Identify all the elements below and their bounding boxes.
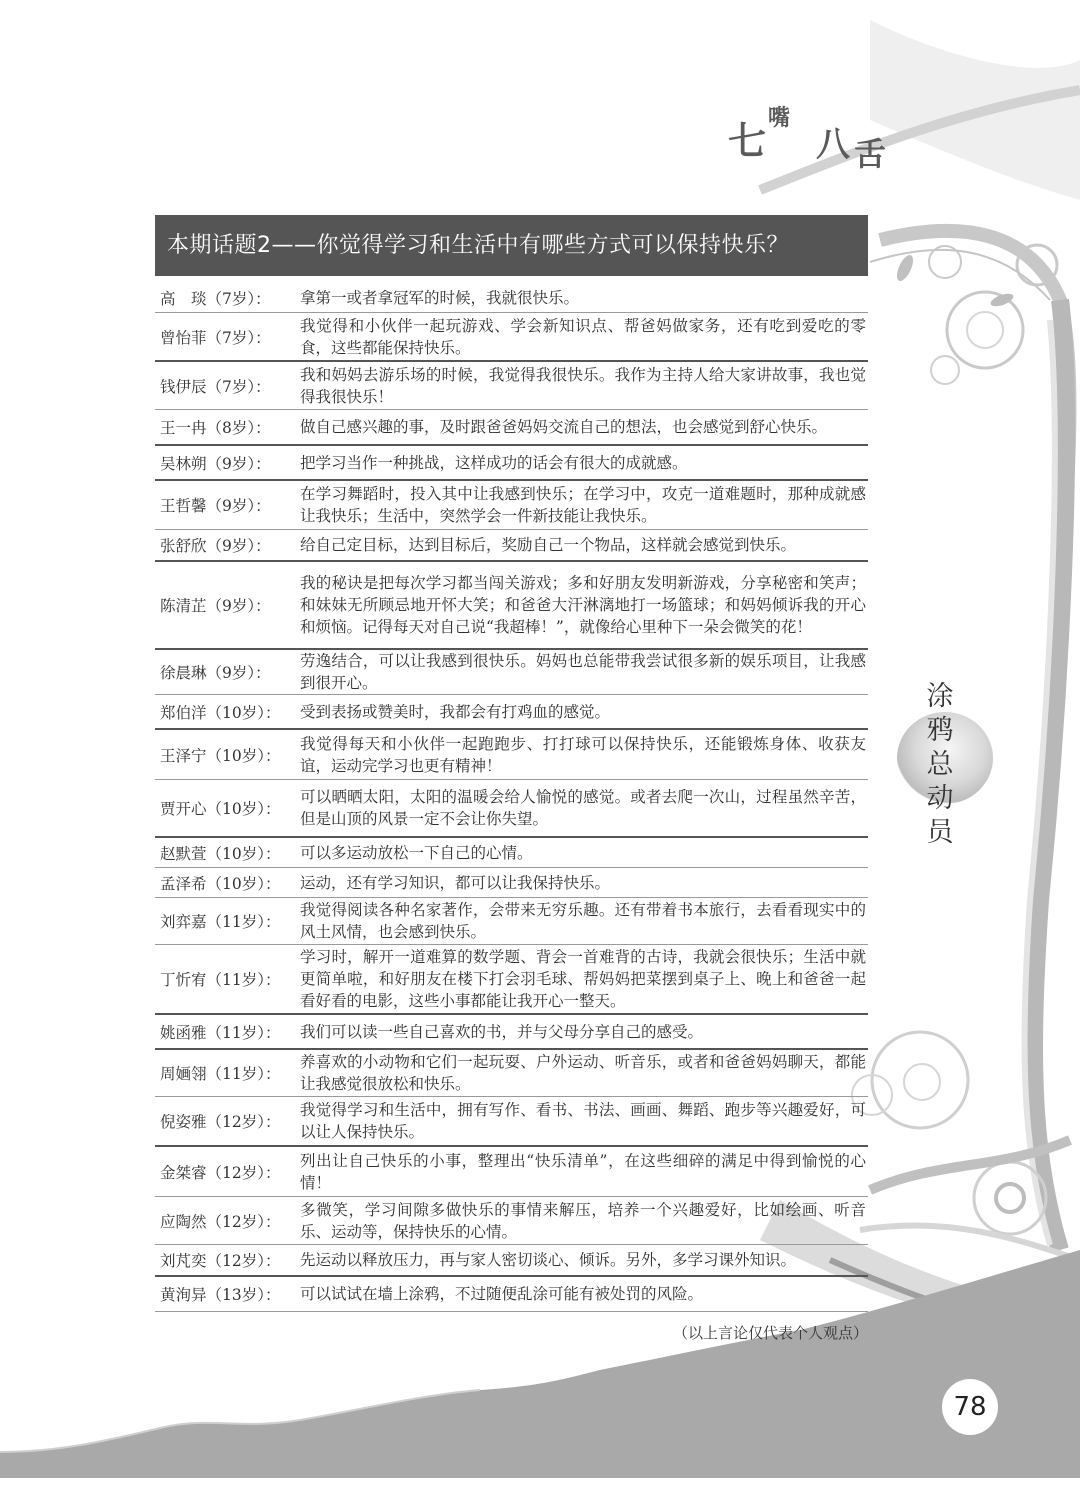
responses-table: 高 琰（7岁）： 拿第一或者拿冠军的时候，我就很快乐。 曾怡菲（7岁）： 我觉得… [155, 283, 868, 1312]
respondent-name: 黄洵异（13岁）： [155, 1283, 300, 1305]
side-title-char: 总 [920, 748, 960, 782]
respondent-name: 周婳翎（11岁）： [155, 1062, 300, 1084]
response-text: 把学习当作一种挑战，这样成功的话会有很大的成就感。 [300, 452, 868, 474]
respondent-name: 钱伊辰（7岁）： [155, 375, 300, 397]
response-row: 姚函雅（11岁）： 我们可以读一些自己喜欢的书，并与父母分享自己的感受。 [155, 1015, 868, 1050]
respondent-name: 刘芃奕（12岁）： [155, 1249, 300, 1271]
topic-heading: 本期话题2——你觉得学习和生活中有哪些方式可以保持快乐？ [155, 215, 868, 276]
response-text: 可以多运动放松一下自己的心情。 [300, 842, 868, 864]
response-text: 拿第一或者拿冠军的时候，我就很快乐。 [300, 287, 868, 309]
response-row: 钱伊辰（7岁）： 我和妈妈去游乐场的时候，我觉得我很快乐。我作为主持人给大家讲故… [155, 362, 868, 410]
response-row: 孟泽希（10岁）： 运动，还有学习知识，都可以让我保持快乐。 [155, 868, 868, 898]
response-row: 金桀睿（12岁）： 列出让自己快乐的小事，整理出“快乐清单”，在这些细碎的满足中… [155, 1147, 868, 1197]
response-text: 养喜欢的小动物和它们一起玩耍、户外运动、听音乐，或者和爸爸妈妈聊天，都能让我感觉… [300, 1051, 868, 1095]
respondent-name: 应陶然（12岁）： [155, 1210, 300, 1232]
response-text: 我觉得和小伙伴一起玩游戏、学会新知识点、帮爸妈做家务，还有吃到爱吃的零食，这些都… [300, 315, 868, 359]
respondent-name: 贾开心（10岁）： [155, 797, 300, 819]
response-row: 王哲馨（9岁）： 在学习舞蹈时，投入其中让我感到快乐；在学习中，攻克一道难题时，… [155, 481, 868, 530]
response-row: 高 琰（7岁）： 拿第一或者拿冠军的时候，我就很快乐。 [155, 283, 868, 313]
respondent-name: 王哲馨（9岁）： [155, 494, 300, 516]
respondent-name: 徐晨琳（9岁）： [155, 661, 300, 683]
response-text: 在学习舞蹈时，投入其中让我感到快乐；在学习中，攻克一道难题时，那种成就感让我快乐… [300, 483, 868, 527]
response-text: 运动，还有学习知识，都可以让我保持快乐。 [300, 872, 868, 894]
response-text: 我觉得阅读各种名家著作，会带来无穷乐趣。还有带着书本旅行，去看看现实中的风土风情… [300, 899, 868, 943]
respondent-name: 曾怡菲（7岁）： [155, 326, 300, 348]
response-row: 吴林朔（9岁）： 把学习当作一种挑战，这样成功的话会有很大的成就感。 [155, 446, 868, 481]
response-text: 我们可以读一些自己喜欢的书，并与父母分享自己的感受。 [300, 1021, 868, 1043]
response-text: 可以晒晒太阳，太阳的温暖会给人愉悦的感觉。或者去爬一次山，过程虽然辛苦，但是山顶… [300, 786, 868, 830]
respondent-name: 丁忻宥（11岁）： [155, 968, 300, 990]
response-row: 丁忻宥（11岁）： 学习时，解开一道难算的数学题、背会一首难背的古诗，我就会很快… [155, 945, 868, 1015]
respondent-name: 高 琰（7岁）： [155, 287, 300, 309]
respondent-name: 张舒欣（9岁）： [155, 534, 300, 556]
respondent-name: 倪姿雅（12岁）： [155, 1110, 300, 1132]
respondent-name: 郑伯洋（10岁）： [155, 701, 300, 723]
response-row: 赵默萱（10岁）： 可以多运动放松一下自己的心情。 [155, 838, 868, 868]
response-text: 多微笑，学习间隙多做快乐的事情来解压，培养一个兴趣爱好，比如绘画、听音乐、运动等… [300, 1199, 868, 1243]
response-row: 王一冉（8岁）： 做自己感兴趣的事，及时跟爸爸妈妈交流自己的想法，也会感觉到舒心… [155, 410, 868, 446]
response-row: 曾怡菲（7岁）： 我觉得和小伙伴一起玩游戏、学会新知识点、帮爸妈做家务，还有吃到… [155, 313, 868, 362]
response-row: 周婳翎（11岁）： 养喜欢的小动物和它们一起玩耍、户外运动、听音乐，或者和爸爸妈… [155, 1050, 868, 1097]
column-title-char: 七 [728, 122, 766, 160]
response-text: 学习时，解开一道难算的数学题、背会一首难背的古诗，我就会很快乐；生活中就更简单啦… [300, 946, 868, 1012]
response-row: 郑伯洋（10岁）： 受到表扬或赞美时，我都会有打鸡血的感觉。 [155, 695, 868, 730]
side-title-char: 鸦 [920, 714, 960, 748]
response-text: 先运动以释放压力，再与家人密切谈心、倾诉。另外，多学习课外知识。 [300, 1249, 868, 1271]
response-text: 我觉得每天和小伙伴一起跑跑步、打打球可以保持快乐，还能锻炼身体、收获友谊，运动完… [300, 733, 868, 777]
column-title-char: 嘴 [768, 108, 790, 130]
response-text: 我的秘诀是把每次学习都当闯关游戏；多和好朋友发明新游戏，分享秘密和笑声；和妹妹无… [300, 572, 868, 638]
respondent-name: 王一冉（8岁）： [155, 416, 300, 438]
response-row: 倪姿雅（12岁）： 我觉得学习和生活中，拥有写作、看书、书法、画画、舞蹈、跑步等… [155, 1097, 868, 1147]
column-title-char: 舌 [854, 138, 886, 170]
response-row: 贾开心（10岁）： 可以晒晒太阳，太阳的温暖会给人愉悦的感觉。或者去爬一次山，过… [155, 780, 868, 838]
response-row: 刘芃奕（12岁）： 先运动以释放压力，再与家人密切谈心、倾诉。另外，多学习课外知… [155, 1245, 868, 1277]
response-text: 受到表扬或赞美时，我都会有打鸡血的感觉。 [300, 701, 868, 723]
response-text: 列出让自己快乐的小事，整理出“快乐清单”，在这些细碎的满足中得到愉悦的心情！ [300, 1150, 868, 1194]
response-text: 做自己感兴趣的事，及时跟爸爸妈妈交流自己的想法，也会感觉到舒心快乐。 [300, 416, 868, 438]
column-title: 七 嘴 八 舌 [728, 108, 898, 178]
side-title-char: 员 [920, 816, 960, 850]
response-row: 应陶然（12岁）： 多微笑，学习间隙多做快乐的事情来解压，培养一个兴趣爱好，比如… [155, 1197, 868, 1245]
disclaimer-note: （以上言论仅代表个人观点） [640, 1322, 868, 1343]
response-row: 王泽宁（10岁）： 我觉得每天和小伙伴一起跑跑步、打打球可以保持快乐，还能锻炼身… [155, 730, 868, 780]
respondent-name: 姚函雅（11岁）： [155, 1021, 300, 1043]
response-row: 陈清芷（9岁）： 我的秘诀是把每次学习都当闯关游戏；多和好朋友发明新游戏，分享秘… [155, 562, 868, 650]
response-text: 劳逸结合，可以让我感到很快乐。妈妈也总能带我尝试很多新的娱乐项目，让我感到很开心… [300, 650, 868, 694]
respondent-name: 王泽宁（10岁）： [155, 744, 300, 766]
respondent-name: 刘弈嘉（11岁）： [155, 910, 300, 932]
response-row: 徐晨琳（9岁）： 劳逸结合，可以让我感到很快乐。妈妈也总能带我尝试很多新的娱乐项… [155, 650, 868, 695]
response-row: 刘弈嘉（11岁）： 我觉得阅读各种名家著作，会带来无穷乐趣。还有带着书本旅行，去… [155, 898, 868, 945]
respondent-name: 陈清芷（9岁）： [155, 594, 300, 616]
response-row: 黄洵异（13岁）： 可以试试在墙上涂鸦，不过随便乱涂可能有被处罚的风险。 [155, 1277, 868, 1312]
response-text: 我和妈妈去游乐场的时候，我觉得我很快乐。我作为主持人给大家讲故事，我也觉得我很快… [300, 364, 868, 408]
response-row: 张舒欣（9岁）： 给自己定目标，达到目标后，奖励自己一个物品，这样就会感觉到快乐… [155, 530, 868, 562]
respondent-name: 赵默萱（10岁）： [155, 842, 300, 864]
respondent-name: 吴林朔（9岁）： [155, 452, 300, 474]
side-title-char: 涂 [920, 680, 960, 714]
column-title-char: 八 [816, 128, 850, 162]
response-text: 给自己定目标，达到目标后，奖励自己一个物品，这样就会感觉到快乐。 [300, 534, 868, 556]
respondent-name: 金桀睿（12岁）： [155, 1161, 300, 1183]
page-number: 78 [942, 1379, 998, 1435]
side-title-char: 动 [920, 782, 960, 816]
section-side-title: 涂 鸦 总 动 员 [920, 680, 960, 850]
respondent-name: 孟泽希（10岁）： [155, 872, 300, 894]
response-text: 我觉得学习和生活中，拥有写作、看书、书法、画画、舞蹈、跑步等兴趣爱好，可以让人保… [300, 1099, 868, 1143]
response-text: 可以试试在墙上涂鸦，不过随便乱涂可能有被处罚的风险。 [300, 1283, 868, 1305]
